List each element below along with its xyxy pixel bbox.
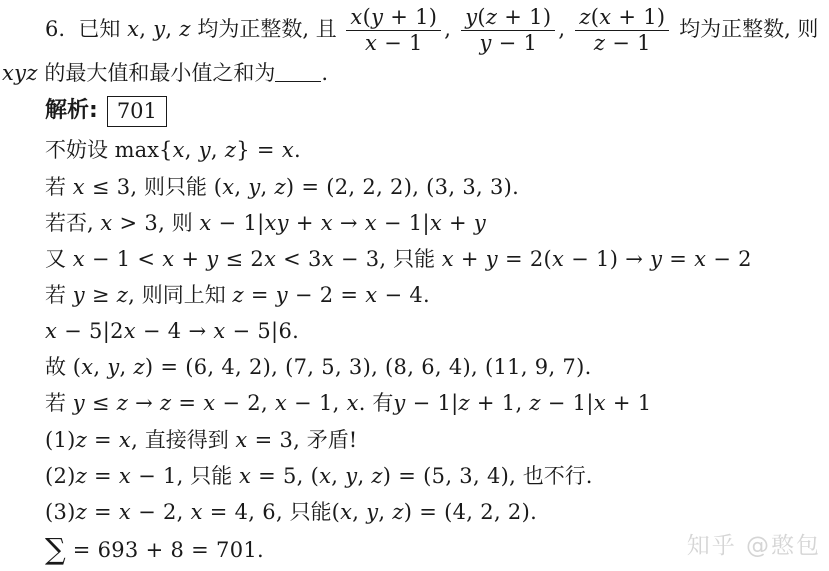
math-segment: (x, y, z) = (2, 2, 2), (3, 3, 3). <box>214 175 519 199</box>
text-segment: 若 <box>45 391 73 415</box>
math-variable: x <box>321 211 333 235</box>
text-segment: 的最大值和最小值之和为 <box>38 61 276 85</box>
math-variable: x <box>599 5 611 29</box>
math-variable: y <box>73 391 85 415</box>
math-segment: x − 1 < x + y ≤ 2x < 3x − 3, <box>73 247 387 271</box>
math-variable: y <box>107 355 119 379</box>
solution-step: x − 5|2x − 4 → x − 5|6. <box>0 313 829 349</box>
math-variable: y <box>206 247 218 271</box>
math-variable: z <box>275 175 286 199</box>
math-variable: y <box>345 464 357 488</box>
math-variable: z <box>26 61 37 85</box>
solution-step: 若 y ≤ z → z = x − 2, x − 1, x. 有y − 1|z … <box>0 385 829 422</box>
answer-line: 解析:701 <box>0 88 829 132</box>
math-segment: x > 3, <box>100 211 165 235</box>
math-segment: y ≤ z → z = x − 2, x − 1, x. <box>73 391 366 415</box>
math-variable: x <box>213 319 225 343</box>
math-variable: z <box>76 464 87 488</box>
math-variable: z <box>371 464 382 488</box>
math-variable: y <box>248 175 260 199</box>
math-variable: y <box>199 138 211 162</box>
math-variable: z <box>529 391 540 415</box>
answer-box: 701 <box>107 96 167 127</box>
math-variable: z <box>594 31 605 55</box>
math-segment: x = 3, <box>235 428 300 452</box>
math-variable: x <box>81 355 93 379</box>
math-variable: y <box>650 247 662 271</box>
math-segment: x + y = 2(x − 1) → y = x − 2 <box>442 247 752 271</box>
fraction-numerator: y(z + 1) <box>461 5 555 30</box>
math-variable: x <box>322 247 334 271</box>
text-segment: 若 <box>45 283 73 307</box>
math-variable: z <box>76 500 87 524</box>
math-segment: , <box>558 17 572 41</box>
math-variable: z <box>225 138 236 162</box>
text-segment: 6. 已知 <box>45 17 127 41</box>
solution-step: (3)z = x − 2, x = 4, 6, 只能(x, y, z) = (4… <box>0 494 829 530</box>
math-variable: y <box>486 247 498 271</box>
text-segment: 只能 <box>386 247 441 271</box>
math-variable: x <box>119 500 131 524</box>
fraction: x(y + 1)x − 1 <box>346 5 441 56</box>
math-variable: z <box>486 5 497 29</box>
math-solution-document: 6. 已知 x, y, z 均为正整数, 且 x(y + 1)x − 1, y(… <box>0 0 829 571</box>
math-variable: y <box>73 283 85 307</box>
math-variable: x <box>350 5 362 29</box>
fraction-denominator: z − 1 <box>575 30 669 56</box>
solution-step: 故 (x, y, z) = (6, 4, 2), (7, 5, 3), (8, … <box>0 349 829 385</box>
text-segment: 只能 <box>283 500 332 524</box>
blank-underline <box>275 79 321 82</box>
solution-step: (1)z = x, 直接得到 x = 3, 矛盾! <box>0 422 829 458</box>
text-segment: 也不行. <box>516 464 592 488</box>
math-segment: z = y − 2 = x − 4. <box>232 283 430 307</box>
math-segment: xyz <box>2 61 38 85</box>
math-variable: x <box>365 31 377 55</box>
math-variable: x <box>239 464 251 488</box>
math-variable: x <box>340 500 352 524</box>
math-variable: x <box>162 247 174 271</box>
solution-step: 若否, x > 3, 则 x − 1|xy + x → x − 1|x + y <box>0 205 829 241</box>
math-variable: x <box>594 391 606 415</box>
math-variable: x <box>119 464 131 488</box>
math-variable: z <box>179 17 190 41</box>
math-variable: x <box>203 391 215 415</box>
math-variable: x <box>365 283 377 307</box>
math-variable: x <box>73 247 85 271</box>
watermark: 知乎 @憨包 <box>687 527 821 560</box>
math-variable: x <box>100 211 112 235</box>
document-lines: 6. 已知 x, y, z 均为正整数, 且 x(y + 1)x − 1, y(… <box>0 0 829 568</box>
math-variable: x <box>552 247 564 271</box>
problem-line-1: 6. 已知 x, y, z 均为正整数, 且 x(y + 1)x − 1, y(… <box>0 0 829 58</box>
text-segment: 均为正整数, 且 <box>191 17 344 41</box>
text-segment: 又 <box>45 247 73 271</box>
math-variable: z <box>117 391 128 415</box>
math-variable: x <box>319 464 331 488</box>
text-segment: 矛盾! <box>300 428 357 452</box>
text-segment: 则只能 <box>137 175 213 199</box>
math-segment: x ≤ 3, <box>73 175 138 199</box>
problem-line-2: xyz 的最大值和最小值之和为. <box>0 58 829 88</box>
math-variable: x <box>222 175 234 199</box>
math-segment: x − 5|2x − 4 → x − 5|6. <box>45 319 299 343</box>
math-variable: z <box>392 500 403 524</box>
math-segment: y − 1|z + 1, z − 1|x + 1 <box>393 391 651 415</box>
math-segment: (1)z = x, <box>45 428 138 452</box>
math-variable: z <box>459 391 470 415</box>
fraction-numerator: z(x + 1) <box>575 5 669 30</box>
text-segment: 均为正整数, 则 <box>672 17 818 41</box>
math-variable: z <box>579 5 590 29</box>
math-segment: (x, y, z) = (6, 4, 2), (7, 5, 3), (8, 6,… <box>73 355 592 379</box>
text-segment: 直接得到 <box>138 428 235 452</box>
math-variable: y <box>371 5 383 29</box>
math-variable: z <box>76 428 87 452</box>
math-variable: z <box>133 355 144 379</box>
solution-step: 若 y ≥ z, 则同上知 z = y − 2 = x − 4. <box>0 277 829 313</box>
text-segment: 有 <box>366 391 394 415</box>
fraction-denominator: y − 1 <box>461 30 555 56</box>
math-segment: , <box>444 17 458 41</box>
math-variable: x <box>191 500 203 524</box>
math-variable: z <box>117 283 128 307</box>
math-variable: x <box>199 211 211 235</box>
math-variable: x <box>442 247 454 271</box>
math-variable: y <box>153 17 165 41</box>
math-segment: x − 1|xy + x → x − 1|x + y <box>199 211 486 235</box>
math-variable: x <box>347 391 359 415</box>
math-segment: = 693 + 8 = 701. <box>66 538 264 562</box>
math-variable: y <box>393 391 405 415</box>
text-segment: 则同上知 <box>135 283 232 307</box>
math-variable: x <box>124 319 136 343</box>
fraction: z(x + 1)z − 1 <box>575 5 669 56</box>
math-variable: x <box>2 61 14 85</box>
math-segment: x, y, z <box>127 17 191 41</box>
math-variable: x <box>694 247 706 271</box>
math-variable: y <box>366 500 378 524</box>
solution-step: 又 x − 1 < x + y ≤ 2x < 3x − 3, 只能 x + y … <box>0 241 829 277</box>
math-segment: y ≥ z, <box>73 283 135 307</box>
text-segment: . <box>321 61 328 85</box>
solution-step: 若 x ≤ 3, 则只能 (x, y, z) = (2, 2, 2), (3, … <box>0 169 829 205</box>
fraction: y(z + 1)y − 1 <box>461 5 555 56</box>
bold-label: 解析: <box>45 98 98 123</box>
math-variable: y <box>276 283 288 307</box>
math-variable: x <box>264 247 276 271</box>
math-variable: y <box>474 211 486 235</box>
math-segment: (3)z = x − 2, x = 4, 6, <box>45 500 283 524</box>
math-variable: y <box>277 211 289 235</box>
solution-step: 不妨设 max{x, y, z} = x. <box>0 132 829 169</box>
sigma-sum: ∑ <box>45 532 66 566</box>
fraction-numerator: x(y + 1) <box>346 5 441 30</box>
math-variable: x <box>45 319 57 343</box>
math-variable: x <box>235 428 247 452</box>
math-variable: x <box>275 391 287 415</box>
math-variable: y <box>14 61 26 85</box>
math-variable: x <box>430 211 442 235</box>
solution-step: (2)z = x − 1, 只能 x = 5, (x, y, z) = (5, … <box>0 458 829 494</box>
text-segment: 故 <box>45 355 73 379</box>
text-segment: 则 <box>165 211 199 235</box>
math-variable: y <box>465 5 477 29</box>
math-variable: x <box>73 175 85 199</box>
math-segment: (x, y, z) = (4, 2, 2). <box>332 500 537 524</box>
math-variable: y <box>479 31 491 55</box>
text-segment: 不妨设 max <box>45 138 159 162</box>
text-segment: 只能 <box>184 464 239 488</box>
text-segment: 若否, <box>45 211 100 235</box>
text-segment: 若 <box>45 175 73 199</box>
math-variable: x <box>282 138 294 162</box>
math-variable: x <box>127 17 139 41</box>
math-segment: x = 5, (x, y, z) = (5, 3, 4), <box>239 464 516 488</box>
math-variable: x <box>265 211 277 235</box>
math-variable: x <box>365 211 377 235</box>
math-variable: x <box>119 428 131 452</box>
fraction-denominator: x − 1 <box>346 30 441 56</box>
math-variable: x <box>173 138 185 162</box>
math-variable: z <box>232 283 243 307</box>
math-segment: {x, y, z} = x. <box>159 138 301 162</box>
math-segment: (2)z = x − 1, <box>45 464 184 488</box>
math-variable: z <box>160 391 171 415</box>
